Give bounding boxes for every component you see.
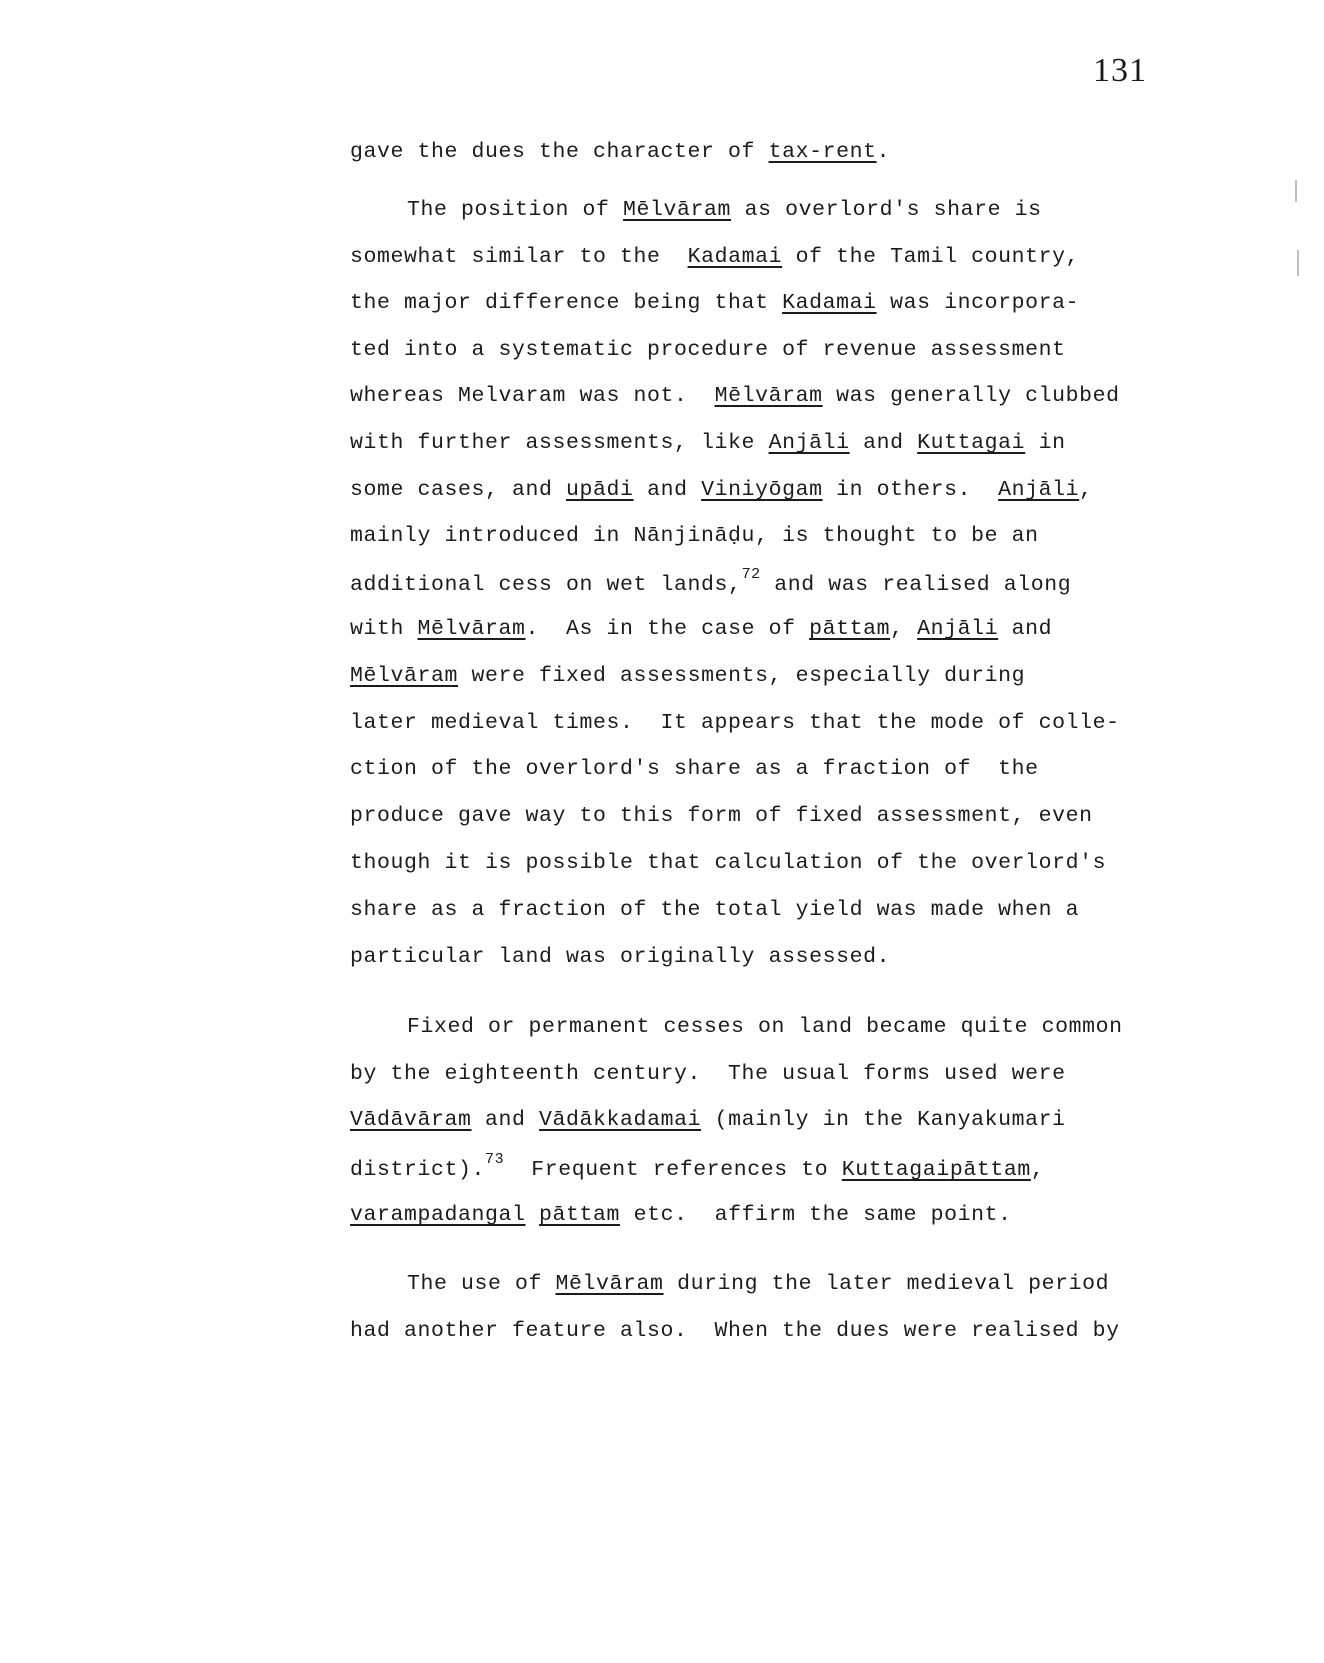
underlined-term: Anjāli	[917, 617, 998, 641]
text-segment: additional cess on wet lands,	[350, 573, 742, 597]
text-segment: Frequent references to	[504, 1158, 842, 1182]
underlined-term: pāttam	[539, 1203, 620, 1227]
text-line: varampadangal pāttam etc. affirm the sam…	[350, 1203, 1012, 1227]
underlined-term: Mēlvāram	[556, 1272, 664, 1296]
text-segment: by the eighteenth century. The usual for…	[350, 1062, 1066, 1086]
text-segment: in	[1025, 431, 1066, 455]
underlined-term: Kuttagaipāttam	[842, 1158, 1031, 1182]
text-segment: particular land was originally assessed.	[350, 945, 890, 969]
text-segment: somewhat similar to the	[350, 245, 688, 269]
text-segment: district).	[350, 1158, 485, 1182]
text-segment: (mainly in the Kanyakumari	[701, 1108, 1066, 1132]
underlined-term: Mēlvāram	[350, 664, 458, 688]
text-segment: with	[350, 617, 418, 641]
text-segment: The use of	[407, 1272, 556, 1296]
page-number: 131	[1093, 52, 1147, 90]
text-segment: gave the dues the character of	[350, 140, 769, 164]
text-line: additional cess on wet lands,72 and was …	[350, 570, 1071, 597]
underlined-term: Anjāli	[998, 478, 1079, 502]
text-segment: the major difference being that	[350, 291, 782, 315]
underlined-term: varampadangal	[350, 1203, 526, 1227]
text-line: some cases, and upādi and Viniyōgam in o…	[350, 478, 1093, 502]
text-segment: .	[877, 140, 891, 164]
text-segment: share as a fraction of the total yield w…	[350, 898, 1079, 922]
text-segment	[526, 1203, 540, 1227]
text-segment: Fixed or permanent cesses on land became…	[407, 1015, 1123, 1039]
text-segment: though it is possible that calculation o…	[350, 851, 1106, 875]
text-segment: ction of the overlord's share as a fract…	[350, 757, 1039, 781]
text-line: Vādāvāram and Vādākkadamai (mainly in th…	[350, 1108, 1066, 1132]
text-line: mainly introduced in Nānjināḍu, is thoug…	[350, 524, 1039, 548]
text-segment: and	[634, 478, 702, 502]
text-segment: ,	[1031, 1158, 1045, 1182]
text-line: Fixed or permanent cesses on land became…	[407, 1015, 1123, 1039]
underlined-term: upādi	[566, 478, 634, 502]
text-segment: The position of	[407, 198, 623, 222]
text-segment: some cases, and	[350, 478, 566, 502]
text-line: whereas Melvaram was not. Mēlvāram was g…	[350, 384, 1120, 408]
text-line: somewhat similar to the Kadamai of the T…	[350, 245, 1079, 269]
text-segment: of the Tamil country,	[782, 245, 1079, 269]
underlined-term: Kadamai	[688, 245, 783, 269]
footnote-ref: 73	[485, 1151, 504, 1168]
text-segment: . As in the case of	[526, 617, 810, 641]
text-segment: was incorpora-	[877, 291, 1080, 315]
text-line: gave the dues the character of tax-rent.	[350, 140, 890, 164]
text-segment: ted into a systematic procedure of reven…	[350, 338, 1066, 362]
text-line: the major difference being that Kadamai …	[350, 291, 1079, 315]
text-segment: and	[998, 617, 1052, 641]
text-segment: ,	[1079, 478, 1093, 502]
text-segment: ,	[890, 617, 917, 641]
text-line: ction of the overlord's share as a fract…	[350, 757, 1039, 781]
underlined-term: Kadamai	[782, 291, 877, 315]
text-segment: mainly introduced in Nānjināḍu, is thoug…	[350, 524, 1039, 548]
text-line: with further assessments, like Anjāli an…	[350, 431, 1066, 455]
text-segment: during the later medieval period	[664, 1272, 1110, 1296]
footnote-ref: 72	[742, 566, 761, 583]
text-line: The position of Mēlvāram as overlord's s…	[407, 198, 1042, 222]
text-line: though it is possible that calculation o…	[350, 851, 1106, 875]
text-segment: and	[850, 431, 918, 455]
text-segment: were fixed assessments, especially durin…	[458, 664, 1025, 688]
text-line: ted into a systematic procedure of reven…	[350, 338, 1066, 362]
text-line: by the eighteenth century. The usual for…	[350, 1062, 1066, 1086]
text-segment: in others.	[823, 478, 999, 502]
text-line: had another feature also. When the dues …	[350, 1319, 1120, 1343]
underlined-term: pāttam	[809, 617, 890, 641]
text-segment: etc. affirm the same point.	[620, 1203, 1012, 1227]
text-segment: whereas Melvaram was not.	[350, 384, 715, 408]
text-segment: as overlord's share is	[731, 198, 1042, 222]
underlined-term: Mēlvāram	[418, 617, 526, 641]
text-segment: produce gave way to this form of fixed a…	[350, 804, 1093, 828]
text-line: produce gave way to this form of fixed a…	[350, 804, 1093, 828]
underlined-term: Mēlvāram	[715, 384, 823, 408]
underlined-term: Vādāvāram	[350, 1108, 472, 1132]
text-segment: was generally clubbed	[823, 384, 1120, 408]
text-segment: and	[472, 1108, 540, 1132]
text-line: later medieval times. It appears that th…	[350, 711, 1120, 735]
text-line: share as a fraction of the total yield w…	[350, 898, 1079, 922]
text-line: Mēlvāram were fixed assessments, especia…	[350, 664, 1025, 688]
underlined-term: tax-rent	[769, 140, 877, 164]
underlined-term: Kuttagai	[917, 431, 1025, 455]
underlined-term: Vādākkadamai	[539, 1108, 701, 1132]
text-line: particular land was originally assessed.	[350, 945, 890, 969]
text-line: with Mēlvāram. As in the case of pāttam,…	[350, 617, 1052, 641]
text-segment: with further assessments, like	[350, 431, 769, 455]
underlined-term: Anjāli	[769, 431, 850, 455]
scan-mark	[1295, 180, 1297, 202]
text-segment: later medieval times. It appears that th…	[350, 711, 1120, 735]
text-segment: and was realised along	[761, 573, 1072, 597]
text-segment: had another feature also. When the dues …	[350, 1319, 1120, 1343]
scan-mark	[1297, 250, 1299, 276]
text-line: district).73 Frequent references to Kutt…	[350, 1155, 1044, 1182]
text-line: The use of Mēlvāram during the later med…	[407, 1272, 1109, 1296]
underlined-term: Viniyōgam	[701, 478, 823, 502]
underlined-term: Mēlvāram	[623, 198, 731, 222]
